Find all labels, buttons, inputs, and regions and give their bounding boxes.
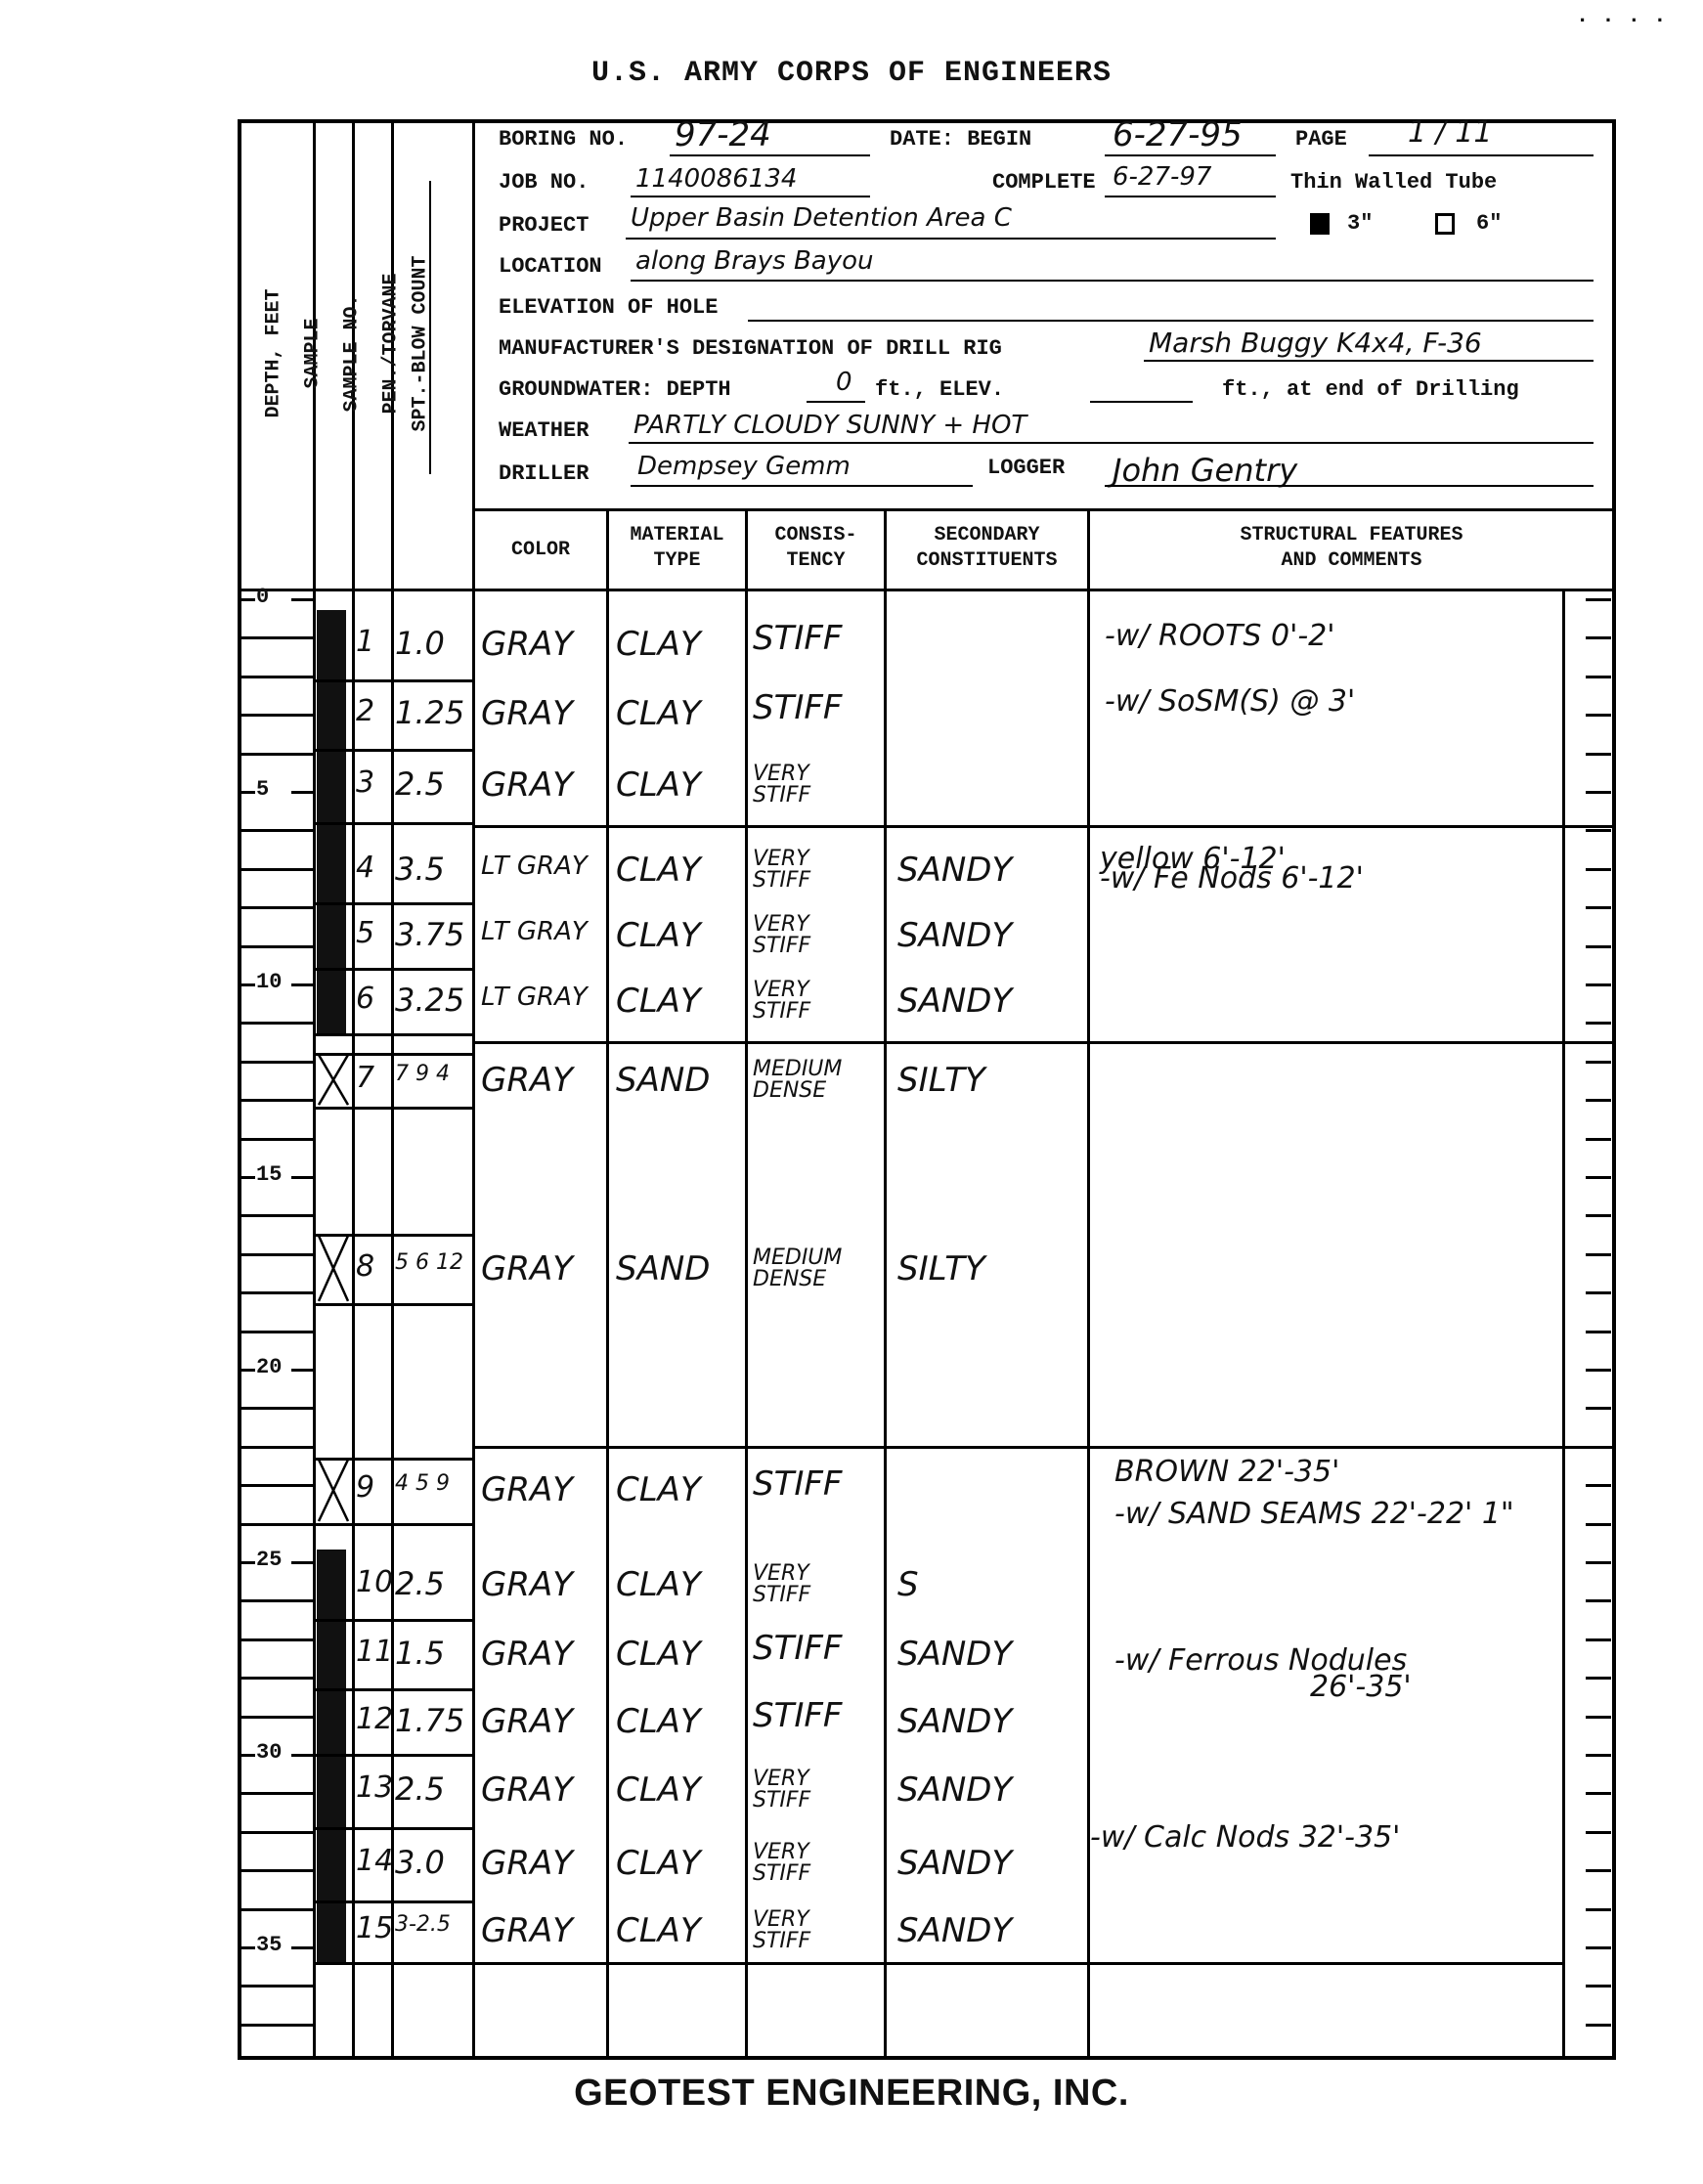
- sample-row-divider: [313, 1619, 472, 1622]
- depth-label: 30: [256, 1740, 282, 1765]
- sample-no: 9: [356, 1473, 374, 1503]
- right-tick: [1586, 1253, 1611, 1256]
- tube-6in-checkbox[interactable]: [1435, 213, 1455, 235]
- sample-row-divider: [313, 679, 472, 682]
- material-value: SAND: [616, 1252, 710, 1286]
- consistency-value: VERYSTIFF: [753, 1563, 810, 1606]
- company-footer: GEOTEST ENGINEERING, INC.: [0, 2073, 1703, 2115]
- color-value: GRAY: [481, 1914, 573, 1947]
- pen-value: 3.0: [395, 1847, 445, 1878]
- depth-tick: [241, 1291, 313, 1294]
- material-value: CLAY: [616, 1773, 701, 1807]
- right-tick: [1586, 1716, 1611, 1719]
- sample-no: 5: [356, 919, 374, 948]
- sample-no: 6: [356, 984, 374, 1014]
- right-tick: [1586, 906, 1611, 909]
- elevation-label: ELEVATION OF HOLE: [499, 295, 718, 320]
- color-value: LT GRAY: [481, 853, 588, 879]
- pen-value: 3.75: [395, 919, 464, 950]
- pen-spt-divider: [429, 181, 431, 474]
- page-label: PAGE: [1295, 127, 1347, 152]
- right-tick: [1586, 1599, 1611, 1602]
- page-value[interactable]: 1 / 11: [1408, 115, 1492, 150]
- depth-tick: [241, 1022, 313, 1025]
- right-tick: [1586, 1869, 1611, 1872]
- sample-row-divider: [313, 1688, 472, 1691]
- divider: [745, 508, 748, 2060]
- comment-text: -w/ SAND SEAMS 22'-22' 1": [1114, 1500, 1514, 1529]
- secondary-value: SILTY: [897, 1064, 985, 1097]
- pen-value: 1.75: [395, 1705, 464, 1736]
- right-tick: [1586, 2024, 1611, 2027]
- consistency-value: STIFF: [753, 697, 843, 719]
- depth-tick: [241, 1253, 313, 1256]
- divider: [238, 589, 1616, 591]
- depth-tick: [241, 1331, 313, 1333]
- consistency-value: STIFF: [753, 1705, 843, 1726]
- sample-column-header: SAMPLE: [302, 285, 325, 422]
- color-column-header: COLOR: [475, 538, 606, 563]
- consistency-column-header: CONSIS-TENCY: [748, 523, 884, 574]
- consistency-value: STIFF: [753, 628, 843, 649]
- right-tick: [1586, 636, 1611, 639]
- sample-row-divider: [313, 822, 472, 825]
- comment-text: 26'-35': [1310, 1673, 1412, 1702]
- comment-text: -w/ Fe Nods 6'-12': [1100, 864, 1364, 894]
- color-value: GRAY: [481, 768, 573, 802]
- comment-text: -w/ Calc Nods 32'-35': [1090, 1823, 1400, 1853]
- divider: [472, 119, 475, 2060]
- sample-no: 3: [356, 768, 374, 798]
- right-tick: [1586, 1331, 1611, 1333]
- stratum-boundary: [1562, 825, 1613, 828]
- comment-text: -w/ ROOTS 0'-2': [1105, 622, 1334, 651]
- material-value: SAND: [616, 1064, 710, 1097]
- right-tick: [1586, 791, 1611, 794]
- right-tick: [1586, 1484, 1611, 1487]
- color-value: GRAY: [481, 697, 573, 730]
- depth-tick: [241, 1561, 255, 1564]
- drill-rig-label: MANUFACTURER'S DESIGNATION OF DRILL RIG: [499, 336, 1002, 361]
- secondary-value: SANDY: [897, 1914, 1012, 1947]
- depth-tick: [241, 1946, 255, 1949]
- depth-tick: [241, 906, 313, 909]
- tube-6in-label: 6": [1476, 211, 1502, 236]
- color-value: GRAY: [481, 1847, 573, 1880]
- sample-row-divider: [313, 1962, 472, 1965]
- depth-tick: [241, 1061, 313, 1064]
- consistency-value: VERYSTIFF: [753, 1909, 810, 1952]
- secondary-value: SANDY: [897, 1847, 1012, 1880]
- secondary-value: SANDY: [897, 1705, 1012, 1738]
- right-tick: [1586, 1754, 1611, 1757]
- color-value: GRAY: [481, 1252, 573, 1286]
- secondary-value: S: [897, 1568, 919, 1601]
- material-value: CLAY: [616, 1847, 701, 1880]
- pen-value: 1.25: [395, 697, 464, 728]
- material-value: CLAY: [616, 919, 701, 952]
- stratum-boundary: [472, 1962, 1562, 1965]
- right-tick: [1586, 1831, 1611, 1834]
- drill-rig-value[interactable]: Marsh Buggy K4x4, F-36: [1149, 327, 1482, 359]
- sample-row-divider: [313, 1827, 472, 1830]
- sample-row-divider: [313, 1053, 472, 1056]
- depth-tick: [291, 1754, 313, 1757]
- weather-label: WEATHER: [499, 418, 589, 443]
- comment-text: BROWN 22'-35': [1114, 1458, 1339, 1487]
- depth-tick: [241, 1138, 313, 1141]
- consistency-value: VERYSTIFF: [753, 764, 810, 807]
- depth-tick: [241, 1638, 313, 1641]
- divider: [884, 508, 887, 2060]
- divider: [1562, 589, 1565, 2060]
- depth-tick: [241, 753, 313, 756]
- depth-tick: [241, 1407, 313, 1410]
- depth-tick: [241, 1176, 255, 1179]
- right-tick: [1586, 1985, 1611, 1987]
- end-drilling-label: ft., at end of Drilling: [1222, 377, 1519, 402]
- right-tick: [1586, 1677, 1611, 1680]
- stratum-boundary: [472, 1041, 1562, 1044]
- secondary-column-header: SECONDARYCONSTITUENTS: [887, 523, 1087, 574]
- color-value: GRAY: [481, 1638, 573, 1671]
- depth-tick: [241, 945, 313, 948]
- depth-tick: [241, 791, 255, 794]
- material-value: CLAY: [616, 628, 701, 661]
- color-value: LT GRAY: [481, 984, 588, 1010]
- groundwater-depth-value[interactable]: 0: [836, 368, 852, 397]
- right-tick: [1586, 1291, 1611, 1294]
- depth-tick: [241, 2024, 313, 2027]
- material-value: CLAY: [616, 1638, 701, 1671]
- depth-label: 25: [256, 1548, 282, 1572]
- divider: [472, 508, 1616, 511]
- material-column-header: MATERIALTYPE: [609, 523, 745, 574]
- stratum-boundary: [472, 1446, 1562, 1449]
- complete-label: COMPLETE: [992, 170, 1096, 195]
- depth-column-header: DEPTH, FEET: [263, 237, 285, 471]
- consistency-value: STIFF: [753, 1638, 843, 1659]
- depth-tick: [241, 1716, 313, 1719]
- right-tick: [1586, 829, 1611, 832]
- driller-label: DRILLER: [499, 461, 589, 486]
- sample-row-divider: [313, 902, 472, 905]
- spt-sample-x-icon: [317, 1053, 350, 1107]
- sample-no: 10: [356, 1568, 393, 1597]
- boring-no-label: BORING NO.: [499, 127, 628, 152]
- depth-label: 20: [256, 1355, 282, 1379]
- depth-tick: [241, 636, 313, 639]
- depth-tick: [241, 868, 313, 871]
- depth-tick: [241, 1985, 313, 1987]
- right-tick: [1586, 598, 1611, 601]
- depth-tick: [241, 676, 313, 678]
- depth-tick: [241, 1831, 313, 1834]
- sample-row-divider: [313, 1523, 472, 1526]
- depth-tick: [241, 1677, 313, 1680]
- sample-no: 12: [356, 1705, 393, 1734]
- secondary-value: SANDY: [897, 1638, 1012, 1671]
- depth-tick: [241, 714, 313, 717]
- right-tick: [1586, 1792, 1611, 1795]
- sample-no: 1: [356, 628, 374, 657]
- divider: [606, 508, 609, 2060]
- consistency-value: VERYSTIFF: [753, 849, 810, 892]
- sample-no-column-header: SAMPLE NO.: [341, 266, 364, 442]
- document-title: U.S. ARMY CORPS OF ENGINEERS: [0, 57, 1703, 90]
- page-corner-mark: . . . .: [1576, 4, 1666, 28]
- logger-label: LOGGER: [987, 456, 1065, 480]
- job-no-value[interactable]: 1140086134: [635, 164, 797, 194]
- material-value: CLAY: [616, 853, 701, 887]
- depth-tick: [241, 1792, 313, 1795]
- sample-row-divider: [313, 1033, 472, 1036]
- depth-tick: [291, 1561, 313, 1564]
- depth-tick: [241, 598, 255, 601]
- color-value: GRAY: [481, 1064, 573, 1097]
- right-tick: [1586, 1908, 1611, 1911]
- right-tick: [1586, 1407, 1611, 1410]
- stratum-boundary: [1562, 1041, 1613, 1044]
- depth-label: 35: [256, 1933, 282, 1957]
- project-value[interactable]: Upper Basin Detention Area C: [631, 203, 1012, 233]
- secondary-value: SILTY: [897, 1252, 985, 1286]
- weather-value[interactable]: PARTLY CLOUDY SUNNY + HOT: [633, 411, 1026, 440]
- groundwater-label: GROUNDWATER: DEPTH: [499, 377, 731, 402]
- right-tick: [1586, 1176, 1611, 1179]
- project-label: PROJECT: [499, 213, 589, 238]
- sample-row-divider: [313, 1234, 472, 1237]
- location-label: LOCATION: [499, 254, 602, 279]
- right-tick: [1586, 1138, 1611, 1141]
- depth-tick: [291, 1946, 313, 1949]
- depth-tick: [291, 1369, 313, 1372]
- right-tick: [1586, 1523, 1611, 1526]
- right-tick: [1586, 945, 1611, 948]
- consistency-value: VERYSTIFF: [753, 914, 810, 957]
- depth-tick: [291, 598, 313, 601]
- depth-label: 5: [256, 777, 269, 802]
- pen-value: 1.5: [395, 1638, 445, 1669]
- material-value: CLAY: [616, 1914, 701, 1947]
- pen-value: 7 9 4: [395, 1064, 450, 1085]
- depth-tick: [241, 983, 255, 986]
- pen-value: 5 6 12: [395, 1252, 463, 1274]
- tube-label: Thin Walled Tube: [1290, 170, 1497, 195]
- material-value: CLAY: [616, 1568, 701, 1601]
- depth-tick: [241, 1754, 255, 1757]
- ft-elev-label: ft., ELEV.: [875, 377, 1004, 402]
- material-value: CLAY: [616, 1473, 701, 1507]
- right-tick: [1586, 1561, 1611, 1564]
- sample-row-divider: [313, 1458, 472, 1461]
- sample-no: 13: [356, 1773, 393, 1803]
- pen-value: 3-2.5: [395, 1914, 451, 1936]
- stratum-boundary: [1562, 1446, 1613, 1449]
- sample-no: 14: [356, 1847, 393, 1876]
- color-value: GRAY: [481, 1568, 573, 1601]
- pen-value: 3.5: [395, 853, 445, 885]
- sample-no: 2: [356, 697, 374, 726]
- right-tick: [1586, 1946, 1611, 1949]
- depth-tick: [291, 791, 313, 794]
- depth-tick: [241, 1214, 313, 1217]
- material-value: CLAY: [616, 697, 701, 730]
- location-value[interactable]: along Brays Bayou: [635, 246, 874, 276]
- depth-tick: [241, 829, 313, 832]
- right-tick: [1586, 676, 1611, 678]
- sample-row-divider: [313, 968, 472, 971]
- right-tick: [1586, 1099, 1611, 1102]
- right-tick: [1586, 983, 1611, 986]
- material-value: CLAY: [616, 768, 701, 802]
- secondary-value: SANDY: [897, 1773, 1012, 1807]
- sample-row-divider: [313, 1107, 472, 1110]
- right-tick: [1586, 1369, 1611, 1372]
- date-begin-value[interactable]: 6-27-95: [1113, 115, 1243, 154]
- right-tick: [1586, 1061, 1611, 1064]
- depth-label: 10: [256, 970, 282, 994]
- color-value: GRAY: [481, 628, 573, 661]
- color-value: GRAY: [481, 1705, 573, 1738]
- secondary-value: SANDY: [897, 853, 1012, 887]
- sample-no: 7: [356, 1064, 374, 1093]
- complete-value[interactable]: 6-27-97: [1113, 162, 1211, 192]
- consistency-value: VERYSTIFF: [753, 1769, 810, 1812]
- date-begin-label: DATE: BEGIN: [890, 127, 1031, 152]
- stratum-boundary: [472, 825, 1562, 828]
- color-value: GRAY: [481, 1473, 573, 1507]
- pen-value: 1.0: [395, 628, 445, 659]
- sample-no: 15: [356, 1914, 393, 1944]
- pen-torvane-header: PEN./TORVANE: [380, 256, 403, 432]
- sample-row-divider: [313, 1303, 472, 1306]
- depth-tick: [291, 983, 313, 986]
- material-value: CLAY: [616, 984, 701, 1018]
- consistency-value: MEDIUMDENSE: [753, 1059, 842, 1102]
- job-no-label: JOB NO.: [499, 170, 589, 195]
- depth-label: 0: [256, 585, 269, 609]
- depth-label: 15: [256, 1162, 282, 1187]
- boring-no-value[interactable]: 97-24: [675, 115, 771, 154]
- pen-value: 2.5: [395, 768, 445, 800]
- depth-tick: [241, 1099, 313, 1102]
- right-tick: [1586, 714, 1611, 717]
- right-tick: [1586, 753, 1611, 756]
- depth-tick: [241, 1369, 255, 1372]
- pen-value: 4 5 9: [395, 1473, 450, 1495]
- color-value: LT GRAY: [481, 919, 588, 944]
- sample-no: 4: [356, 853, 374, 883]
- pen-value: 3.25: [395, 984, 464, 1016]
- depth-tick: [241, 1908, 313, 1911]
- depth-tick: [291, 1176, 313, 1179]
- right-tick: [1586, 1214, 1611, 1217]
- right-tick: [1586, 1022, 1611, 1025]
- spt-sample-x-icon: [317, 1458, 350, 1523]
- pen-value: 2.5: [395, 1773, 445, 1805]
- right-tick: [1586, 868, 1611, 871]
- depth-tick: [241, 1446, 313, 1449]
- sample-row-divider: [313, 749, 472, 752]
- tube-3in-checkbox[interactable]: [1310, 213, 1330, 235]
- comment-text: -w/ SoSM(S) @ 3': [1105, 687, 1355, 717]
- color-value: GRAY: [481, 1773, 573, 1807]
- depth-tick: [241, 1523, 313, 1526]
- driller-value[interactable]: Dempsey Gemm: [637, 452, 851, 481]
- pen-value: 2.5: [395, 1568, 445, 1599]
- consistency-value: VERYSTIFF: [753, 980, 810, 1023]
- secondary-value: SANDY: [897, 919, 1012, 952]
- depth-tick: [241, 1484, 313, 1487]
- consistency-value: STIFF: [753, 1473, 843, 1495]
- material-value: CLAY: [616, 1705, 701, 1738]
- sample-row-divider: [313, 1900, 472, 1903]
- right-tick: [1586, 1638, 1611, 1641]
- structural-column-header: STRUCTURAL FEATURESAND COMMENTS: [1090, 523, 1613, 574]
- sample-row-divider: [313, 1754, 472, 1757]
- sample-no: 8: [356, 1252, 374, 1282]
- logger-value[interactable]: John Gentry: [1113, 452, 1297, 489]
- consistency-value: MEDIUMDENSE: [753, 1247, 842, 1290]
- spt-sample-x-icon: [317, 1234, 350, 1303]
- consistency-value: VERYSTIFF: [753, 1842, 810, 1885]
- sample-no: 11: [356, 1638, 393, 1667]
- tube-3in-label: 3": [1347, 211, 1373, 236]
- depth-tick: [241, 1599, 313, 1602]
- depth-tick: [241, 1869, 313, 1872]
- secondary-value: SANDY: [897, 984, 1012, 1018]
